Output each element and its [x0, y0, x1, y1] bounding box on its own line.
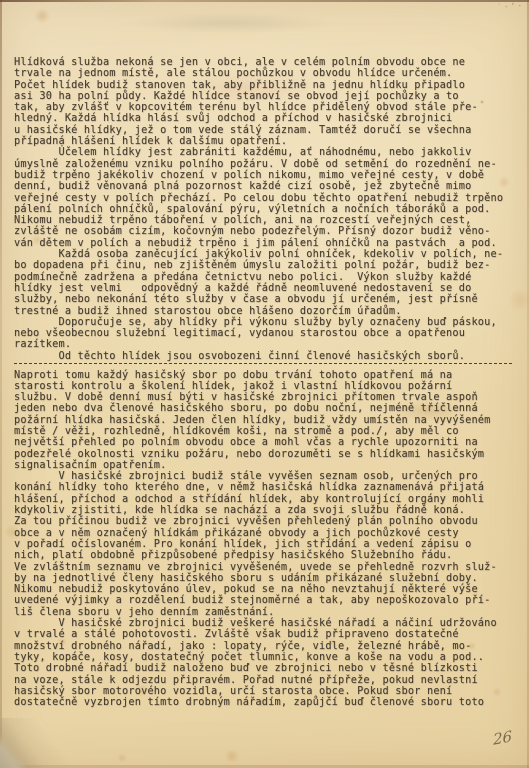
- text-line: Ve zvláštním seznamu ve zbrojnici vyvěše…: [14, 562, 519, 573]
- text-line: množství drobného nářadí, jako : lopaty,…: [14, 641, 519, 652]
- text-line: v trvalé a stálé pohotovosti. Zvláště vš…: [14, 629, 519, 640]
- text-line: trestné a budiž ihned starostou obce hlá…: [14, 306, 519, 317]
- document-text: Hlídková služba nekoná se jen v obci, al…: [14, 57, 519, 708]
- paragraph: Doporučuje se, aby hlídky při výkonu slu…: [14, 317, 519, 351]
- text-line: tak, aby zvlášť v kopcovitém terénu byl …: [14, 102, 519, 113]
- text-line: nebo všeobecnou služební legitimací, vyd…: [14, 328, 519, 339]
- paragraph: V hasičské zbrojnici budiž stále vyvěšen…: [14, 471, 519, 618]
- text-line: nich, platí obdobně přizpůsobené předpis…: [14, 550, 519, 561]
- scan-edge-top: [0, 0, 529, 2]
- text-line: veřejné cesty v polích přechází. Po celo…: [14, 193, 519, 204]
- text-line: V hasičské zbrojnici budiž stále vyvěšen…: [14, 471, 519, 482]
- text-line: největší přehled po polním obvodu obce a…: [14, 437, 519, 448]
- text-line: trvale na jednom místě, ale stálou pochů…: [14, 68, 519, 79]
- paragraph: Hlídková služba nekoná se jen v obci, al…: [14, 57, 519, 147]
- text-line: budiž trpěno jakékoliv chození v polích …: [14, 170, 519, 181]
- text-line: Počet hlídek budiž stanoven tak, aby při…: [14, 80, 519, 91]
- pencil-marks-top-right: ˙·’·: [496, 1, 524, 12]
- text-line: obce a v něm označený hlídkám přikázané …: [14, 528, 519, 539]
- text-line: podmínečně zadržena a předána četnictvu …: [14, 272, 519, 283]
- paragraph: Účelem hlídky jest zabrániti každému, ať…: [14, 147, 519, 249]
- text-line: Hlídková služba nekoná se jen v obci, al…: [14, 57, 519, 68]
- text-line: bo dopadena při činu, neb zjištěném úmys…: [14, 260, 519, 271]
- text-line: službu. V době denní musí býti v hasičsk…: [14, 392, 519, 403]
- text-line: pálení polních ohníčků, spalování pýru, …: [14, 204, 519, 215]
- text-line: Doporučuje se, aby hlídky při výkonu slu…: [14, 317, 519, 328]
- text-line: hasičský sbor motorového vozidla, určí s…: [14, 686, 519, 697]
- text-line: asi 30 ha polní půdy. Každé hlídce stano…: [14, 91, 519, 102]
- text-line: liš člena sboru v jeho denním zaměstnání…: [14, 607, 519, 618]
- paragraph: Každá osoba zaněcující jakýkoliv polní o…: [14, 249, 519, 317]
- text-line: denní, budiž věnovaná plná pozornost kaž…: [14, 181, 519, 192]
- text-line: Každá osoba zaněcující jakýkoliv polní o…: [14, 249, 519, 260]
- section-heading: Od těchto hlídek jsou osvobozeni činní č…: [14, 351, 519, 364]
- text-line: starosti kontrolu a školení hlídek, jako…: [14, 381, 519, 392]
- text-line: Od těchto hlídek jsou osvobozeni činní č…: [14, 351, 519, 362]
- text-line: signalisačním opatřením.: [14, 460, 519, 471]
- text-line: hlídky jest velmi odpovědný a každé řádn…: [14, 283, 519, 294]
- text-line: hlášení, příchod a odchod a střídání hlí…: [14, 494, 519, 505]
- text-line: uvedené výjimky a rozdělení budiž stejno…: [14, 595, 519, 606]
- text-line: služby, nebo nekonání této služby v čase…: [14, 294, 519, 305]
- text-line: razítkem.: [14, 339, 519, 350]
- text-line: na voze, stále k odjezdu připravém. Pořa…: [14, 675, 519, 686]
- scanned-page: ˙·’· Hlídková služba nekoná se jen v obc…: [0, 0, 529, 768]
- text-line: u hasičské hlídky, jež o tom vede stálý …: [14, 125, 519, 136]
- text-line: úmyslně založenému vzniku polního požáru…: [14, 159, 519, 170]
- text-line: dostatečně vyzbrojen tímto drobným nářad…: [14, 697, 519, 708]
- handwritten-page-number: 26: [493, 727, 512, 748]
- text-line: místě / věži, rozhledně, hlídkovém koši,…: [14, 426, 519, 437]
- text-line: Toto drobné nářadí budiž naloženo buď ve…: [14, 663, 519, 674]
- text-line: tyky, kopáče, kosy, dostatečný počet tlu…: [14, 652, 519, 663]
- text-line: požární hlídka hasičská. Jeden člen hlíd…: [14, 415, 519, 426]
- text-line: v pořadí očíslovaném. Pro konání hlídek,…: [14, 539, 519, 550]
- text-line: ván dětem v polích a nebudiž trpěno i ji…: [14, 238, 519, 249]
- text-line: konání hlídky toho kterého dne, v němž h…: [14, 482, 519, 493]
- text-line: hledný. Každá hlídka hlásí svůj odchod a…: [14, 113, 519, 124]
- text-line: Naproti tomu každý hasičský sbor po dobu…: [14, 370, 519, 381]
- text-line: by na jednotlivé členy hasičského sboru …: [14, 573, 519, 584]
- text-line: Nikomu nebudiž poskytováno úlev, pokud s…: [14, 584, 519, 595]
- text-line: Účelem hlídky jest zabrániti každému, ať…: [14, 147, 519, 158]
- text-line: Za tou příčinou budiž ve zbrojnici vyvěš…: [14, 516, 519, 527]
- paragraph: Naproti tomu každý hasičský sbor po dobu…: [14, 370, 519, 472]
- scan-edge-left: [0, 0, 2, 768]
- text-line: V hasičské zbrojnici budiž veškeré hasič…: [14, 618, 519, 629]
- page-corner-curl: [0, 718, 88, 768]
- text-line: podezřelé okolnosti vzniku požáru, nebo …: [14, 449, 519, 460]
- text-line: Nikomu nebudiž trpěno táboření v polích,…: [14, 215, 519, 226]
- text-line: kdykoliv zjistiti, kde hlídka se nachází…: [14, 505, 519, 516]
- paragraph: V hasičské zbrojnici budiž veškeré hasič…: [14, 618, 519, 708]
- text-line: zvláště ne osobám cizím, kočovným nebo p…: [14, 226, 519, 237]
- text-line: jeden nebo dva členové hasičského sboru,…: [14, 403, 519, 414]
- text-line: případná hlášení hlídek k dalšímu opatře…: [14, 136, 519, 147]
- heading-underline: [14, 363, 512, 364]
